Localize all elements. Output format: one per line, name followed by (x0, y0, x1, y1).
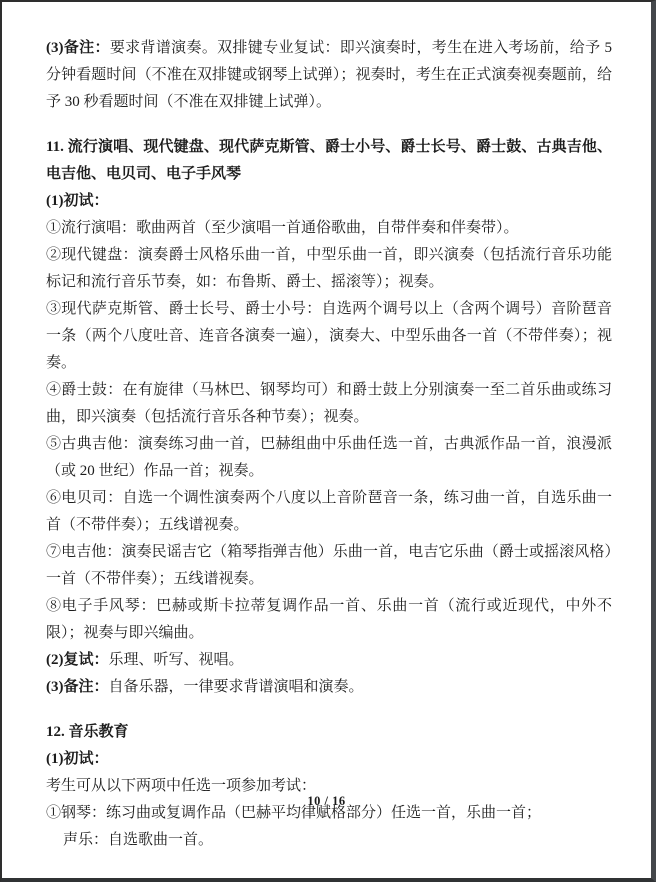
text-run: ①流行演唱：歌曲两首（至少演唱一首通俗歌曲，自带伴奏和伴奏带）。 (46, 220, 519, 236)
page-number: 10 / 16 (2, 794, 651, 809)
paragraph: ⑤古典吉他：演奏练习曲一首，巴赫组曲中乐曲任选一首，古典派作品一首，浪漫派（或 … (46, 431, 612, 485)
paragraph: (3)备注：自备乐器，一律要求背谱演唱和演奏。 (46, 674, 612, 701)
text-run: ⑤古典吉他：演奏练习曲一首，巴赫组曲中乐曲任选一首，古典派作品一首，浪漫派（或 … (46, 436, 612, 479)
document-page: (3)备注：要求背谱演奏。双排键专业复试：即兴演奏时，考生在进入考场前，给予 5… (0, 0, 656, 882)
paragraph: ⑥电贝司：自选一个调性演奏两个八度以上音阶琶音一条，练习曲一首，自选乐曲一首（不… (46, 485, 612, 539)
text-run: ⑦电吉他：演奏民谣吉它（箱琴指弹吉他）乐曲一首，电吉它乐曲（爵士或摇滚风格）一首… (46, 544, 612, 587)
text-run: ②现代键盘：演奏爵士风格乐曲一首，中型乐曲一首，即兴演奏（包括流行音乐功能标记和… (46, 247, 612, 290)
bold-text-run: 11. 流行演唱、现代键盘、现代萨克斯管、爵士小号、爵士长号、爵士鼓、古典吉他、… (46, 139, 612, 182)
paragraph: (2)复试：乐理、听写、视唱。 (46, 647, 612, 674)
text-run: 声乐：自选歌曲一首。 (63, 832, 213, 848)
text-run: ⑥电贝司：自选一个调性演奏两个八度以上音阶琶音一条，练习曲一首，自选乐曲一首（不… (46, 490, 612, 533)
paragraph: (1)初试： (46, 188, 612, 215)
paragraph: ①流行演唱：歌曲两首（至少演唱一首通俗歌曲，自带伴奏和伴奏带）。 (46, 215, 612, 242)
text-run: ④爵士鼓：在有旋律（马林巴、钢琴均可）和爵士鼓上分别演奏一至二首乐曲或练习曲，即… (46, 382, 612, 425)
paragraph: ⑦电吉他：演奏民谣吉它（箱琴指弹吉他）乐曲一首，电吉它乐曲（爵士或摇滚风格）一首… (46, 539, 612, 593)
section-spacer (46, 701, 612, 719)
text-run: 乐理、听写、视唱。 (109, 652, 244, 668)
paragraph: ⑧电子手风琴：巴赫或斯卡拉蒂复调作品一首、乐曲一首（流行或近现代，中外不限）；视… (46, 593, 612, 647)
bold-text-run: (3)备注： (46, 679, 109, 695)
text-run: 要求背谱演奏。双排键专业复试：即兴演奏时，考生在进入考场前，给予 5 分钟看题时… (46, 40, 612, 110)
paragraph: ②现代键盘：演奏爵士风格乐曲一首，中型乐曲一首，即兴演奏（包括流行音乐功能标记和… (46, 242, 612, 296)
paragraph: ④爵士鼓：在有旋律（马林巴、钢琴均可）和爵士鼓上分别演奏一至二首乐曲或练习曲，即… (46, 377, 612, 431)
paragraph: 声乐：自选歌曲一首。 (46, 827, 612, 854)
bold-text-run: 12. 音乐教育 (46, 724, 129, 740)
document-body: (3)备注：要求背谱演奏。双排键专业复试：即兴演奏时，考生在进入考场前，给予 5… (46, 35, 612, 854)
paragraph: ③现代萨克斯管、爵士长号、爵士小号：自选两个调号以上（含两个调号）音阶琶音一条（… (46, 296, 612, 377)
bold-text-run: (2)复试： (46, 652, 109, 668)
bold-text-run: (1)初试： (46, 193, 109, 209)
text-run: 考生可从以下两项中任选一项参加考试： (46, 778, 316, 794)
section-heading: 12. 音乐教育 (46, 719, 612, 746)
paragraph: (3)备注：要求背谱演奏。双排键专业复试：即兴演奏时，考生在进入考场前，给予 5… (46, 35, 612, 116)
paragraph: (1)初试： (46, 746, 612, 773)
bold-text-run: (1)初试： (46, 751, 109, 767)
section-spacer (46, 116, 612, 134)
text-run: ⑧电子手风琴：巴赫或斯卡拉蒂复调作品一首、乐曲一首（流行或近现代，中外不限）；视… (46, 598, 612, 641)
bold-text-run: (3)备注： (46, 40, 110, 56)
text-run: ③现代萨克斯管、爵士长号、爵士小号：自选两个调号以上（含两个调号）音阶琶音一条（… (46, 301, 612, 371)
section-heading: 11. 流行演唱、现代键盘、现代萨克斯管、爵士小号、爵士长号、爵士鼓、古典吉他、… (46, 134, 612, 188)
text-run: 自备乐器，一律要求背谱演唱和演奏。 (109, 679, 364, 695)
